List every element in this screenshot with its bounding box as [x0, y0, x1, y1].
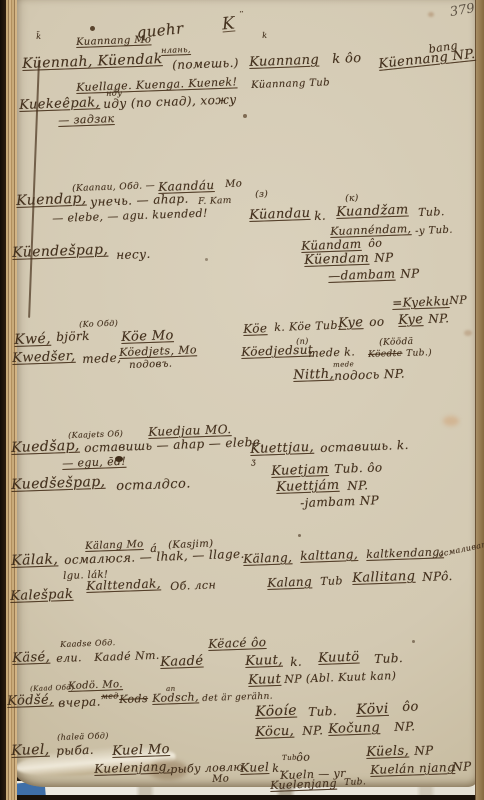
handwritten-entry: ôo	[368, 238, 382, 249]
handwritten-entry: Kövi	[356, 702, 389, 717]
handwritten-entry: рыбу ловлю.	[170, 761, 248, 775]
handwritten-entry: NP	[374, 251, 394, 264]
handwritten-entry: Küandau	[249, 207, 311, 222]
handwritten-entry: mede,	[82, 352, 121, 365]
handwritten-entry: kaltkendang;	[366, 546, 444, 560]
handwritten-entry: Kuutö	[318, 651, 360, 665]
handwritten-entry: NP.	[428, 312, 450, 325]
handwritten-entry: det är gerähn.	[202, 693, 273, 704]
manuscript-text-layer: ¨k̈Kuannang Moquehrнлань,Küennah, Küenda…	[0, 0, 484, 800]
handwritten-entry: Kodö. Mo.	[68, 680, 123, 692]
handwritten-entry: подовъ.	[129, 359, 173, 371]
entry-kwe: Kwé,	[14, 332, 51, 347]
handwritten-entry: björk	[56, 330, 90, 343]
entry-kuendeshpap: Küendešpap,	[12, 243, 108, 260]
handwritten-entry: Kälang,	[243, 551, 293, 565]
handwritten-entry: рыба.	[56, 744, 94, 757]
handwritten-entry: Nitth,	[293, 368, 334, 382]
handwritten-entry: Kuelenjang	[270, 778, 337, 791]
handwritten-entry: (Ko Обд)	[79, 320, 118, 329]
handwritten-entry: F. Kam	[198, 197, 232, 207]
handwritten-entry: mede k.	[308, 346, 355, 359]
handwritten-entry: Tub.	[374, 652, 403, 665]
handwritten-entry: (к)	[345, 195, 359, 204]
handwritten-entry: Tub	[282, 754, 297, 762]
handwritten-entry: подось NP.	[334, 368, 405, 382]
handwritten-entry: оставишь. k.	[320, 439, 409, 454]
handwritten-entry: NPô.	[422, 570, 453, 583]
handwritten-entry: Kye	[338, 316, 364, 330]
handwritten-entry: NP	[414, 744, 434, 757]
handwritten-entry: Kuettjám	[276, 479, 340, 494]
handwritten-entry: an	[166, 686, 176, 693]
handwritten-entry: Köoíe	[255, 704, 297, 719]
handwritten-entry: k	[262, 32, 268, 40]
handwritten-entry: Kuel	[240, 761, 269, 774]
handwritten-entry: Kods	[119, 693, 148, 705]
handwritten-entry: Kalttendak,	[86, 577, 161, 592]
handwritten-entry: Köe	[243, 322, 268, 335]
handwritten-entry: Küennang NP.	[378, 48, 476, 71]
handwritten-entry: Këacé ôo	[208, 636, 267, 650]
entry-kodse: Ködšé,	[7, 693, 54, 708]
handwritten-entry: (n)	[296, 338, 309, 346]
handwritten-entry: ¨	[238, 12, 244, 22]
handwritten-entry: Tub.	[418, 206, 445, 218]
handwritten-entry: ели.	[56, 652, 82, 664]
handwritten-entry: — elebe, — agu. kuended!	[52, 208, 208, 224]
handwritten-entry: Küels,	[366, 745, 409, 759]
handwritten-entry: (з)	[255, 191, 268, 200]
handwritten-entry: NP.	[394, 720, 416, 733]
handwritten-entry: Kočung	[328, 721, 380, 736]
handwritten-entry: Kuut	[248, 673, 281, 687]
handwritten-entry: k.	[314, 210, 326, 222]
entry-kaleshpak: Kalešpak	[10, 588, 74, 603]
handwritten-entry: Köe Mo	[121, 329, 174, 344]
handwritten-entry: Mo	[225, 179, 242, 190]
handwritten-entry: — egu, ēd!	[62, 456, 126, 469]
handwritten-entry: Об. лсн	[170, 579, 216, 592]
handwritten-entry: Kaadse Обд.	[60, 639, 116, 649]
handwritten-entry: k. Köe Tub.	[274, 320, 342, 333]
handwritten-entry: осмаливать	[438, 539, 484, 559]
handwritten-entry: Kuetjam	[271, 463, 329, 478]
handwritten-entry: Kuellage. Kuenga. Kuenek!	[76, 76, 238, 93]
handwritten-entry: Kuannang	[249, 54, 319, 69]
handwritten-entry: —dambam	[328, 268, 396, 282]
handwritten-entry: -jambam NP	[300, 494, 379, 509]
handwritten-entry: вчера.	[58, 696, 101, 709]
handwritten-entry: (haleä Обд)	[57, 732, 109, 742]
handwritten-entry: quehr	[136, 21, 184, 41]
handwritten-entry: иду (по снад), хожу	[103, 93, 237, 110]
entry-kwedsher: Kwedšer,	[12, 350, 76, 365]
handwritten-entry: k̈	[36, 33, 42, 41]
handwritten-entry: Kuut,	[245, 654, 283, 668]
handwritten-entry: -y Tub.	[415, 226, 453, 237]
handwritten-entry: несу.	[116, 248, 151, 261]
handwritten-entry: Kuandžam	[336, 203, 409, 219]
handwritten-entry: k ôo	[332, 52, 362, 66]
entry-kuendap: Kuendap,	[16, 192, 87, 208]
handwritten-entry: Tub. ôo	[334, 461, 383, 475]
handwritten-entry: нлань,	[161, 46, 191, 55]
entry-kuennah: Küennah, Küendak	[22, 52, 163, 71]
handwritten-entry: Köcu,	[255, 725, 294, 739]
handwritten-entry: NP	[400, 267, 420, 280]
handwritten-entry: NP.	[347, 479, 369, 492]
handwritten-entry: ôo	[296, 752, 310, 763]
handwritten-entry: Köedte	[368, 350, 403, 360]
handwritten-entry: Kalang	[267, 575, 312, 589]
handwritten-entry: (помешь.)	[172, 57, 239, 71]
handwritten-entry: NP	[449, 294, 467, 306]
handwritten-entry: ʒ	[251, 458, 256, 466]
handwritten-entry: k.	[290, 656, 302, 668]
handwritten-entry: Kye	[398, 313, 424, 327]
entry-kuedsheshpap: Kuedšešpap,	[11, 475, 106, 492]
handwritten-entry: (Köödä	[379, 338, 414, 348]
entry-kase: Käsé,	[12, 651, 50, 665]
entry-kuedshap: Kuedšap,	[11, 439, 80, 455]
handwritten-entry: мед	[101, 692, 119, 701]
entry-kuel: Kuel,	[11, 743, 50, 758]
handwritten-entry: Mo	[212, 774, 229, 785]
handwritten-entry: Kaadé Nm.	[94, 650, 160, 663]
handwritten-entry: Tub	[320, 575, 343, 587]
handwritten-entry: Kuannéndam,	[330, 223, 412, 237]
handwritten-entry: Küandam	[301, 238, 362, 252]
handwritten-entry: — задзак	[58, 113, 115, 126]
handwritten-entry: Kuettjau,	[250, 441, 314, 456]
handwritten-entry: Kuel Mo	[112, 743, 170, 758]
handwritten-entry: Kodsch,	[152, 691, 199, 704]
entry-kalak: Kälak,	[11, 552, 58, 568]
handwritten-entry: Kallitang	[352, 570, 416, 585]
handwritten-entry: Küendam	[304, 252, 369, 267]
handwritten-entry: Tub.)	[406, 349, 432, 359]
handwritten-entry: ôo	[402, 700, 419, 714]
handwritten-entry: осталдсо.	[116, 477, 191, 493]
handwritten-entry: Kuelán njang	[370, 761, 455, 776]
handwritten-entry: kalttang,	[300, 548, 358, 562]
handwritten-entry: NP.	[302, 724, 324, 737]
handwritten-entry: Köedjets, Mo	[119, 344, 197, 358]
handwritten-entry: Küannang Tub	[251, 78, 330, 91]
manuscript-page-photo: 379 K ¨k̈Kuannang Moquehrнлань,Küennah, …	[0, 0, 484, 800]
handwritten-entry: NP	[452, 760, 472, 773]
handwritten-entry: Tub.	[308, 705, 337, 718]
handwritten-entry: Kuelenjang,	[94, 760, 171, 775]
handwritten-entry: унечь. — ahap.	[90, 193, 189, 208]
handwritten-entry: =Kyekku	[392, 295, 450, 309]
handwritten-entry: NP (Abl. Kuut kan)	[284, 670, 397, 685]
handwritten-entry: oo	[369, 315, 385, 328]
handwritten-entry: Tub.	[344, 778, 366, 788]
entry-kuekeepak: Kuekeêpak,	[19, 96, 100, 112]
handwritten-entry: Kaadé	[160, 654, 204, 669]
